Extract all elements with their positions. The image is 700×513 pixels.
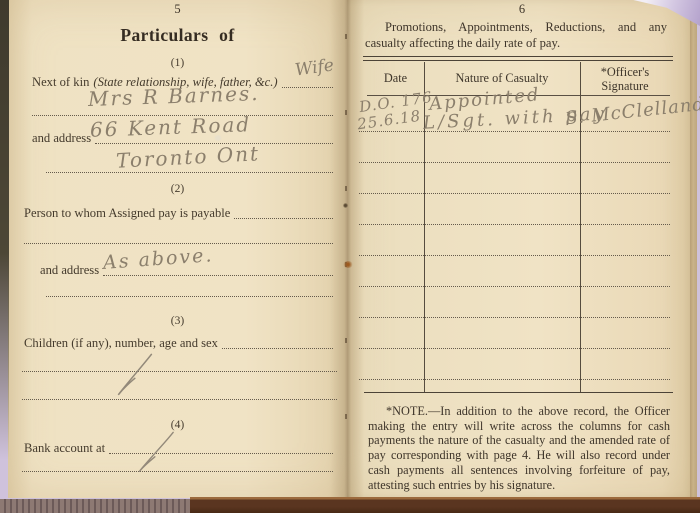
bank-account-label: Bank account at — [24, 441, 105, 456]
dotted-writing-line — [46, 171, 333, 173]
ink-speck — [343, 203, 348, 208]
dotted-leader — [282, 86, 333, 88]
dotted-leader — [222, 347, 333, 349]
page-edge-crease — [690, 0, 693, 498]
dotted-writing-line — [22, 398, 337, 400]
pen-tick-mark — [110, 350, 156, 402]
field-children: Children (if any), number, age and sex — [24, 336, 333, 351]
dotted-writing-line — [24, 242, 333, 244]
field-assigned-pay: Person to whom Assigned pay is payable — [24, 206, 333, 221]
section-2-number: (2) — [8, 183, 347, 195]
handwriting-next-of-kin-name: Mrs R Barnes. — [88, 81, 260, 111]
column-header-nature: Nature of Casualty — [424, 71, 580, 85]
address-label: and address — [32, 131, 91, 146]
table-row-line — [359, 285, 670, 287]
table-row-line — [359, 223, 670, 225]
cover-leather-edge — [190, 497, 700, 513]
table-row-line — [359, 316, 670, 318]
scanned-paybook-photo: 5 Particulars of (1) Next of kin (State … — [0, 0, 700, 513]
dotted-leader — [234, 217, 333, 219]
column-header-date: Date — [367, 71, 424, 85]
table-row-line — [359, 130, 670, 132]
cover-fabric-texture — [0, 499, 190, 513]
page-number-right: 6 — [347, 2, 697, 17]
table-bottom-rule — [364, 392, 673, 393]
handwriting-officer-signature: S. McClelland — [564, 94, 700, 130]
table-row-line — [359, 161, 670, 163]
table-row-line — [359, 347, 670, 349]
address-label: and address — [40, 263, 99, 278]
double-rule — [363, 56, 673, 61]
column-header-signature: *Officer's Signature — [580, 65, 670, 93]
promotions-heading: Promotions, Appointments, Reductions, an… — [365, 20, 667, 51]
cover-edge-left — [0, 0, 9, 460]
page-title: Particulars of — [8, 25, 347, 46]
book-cover-bottom — [0, 497, 700, 513]
pen-tick-mark — [128, 428, 180, 476]
dotted-leader — [103, 274, 333, 276]
assigned-pay-label: Person to whom Assigned pay is payable — [24, 206, 230, 221]
children-label: Children (if any), number, age and sex — [24, 336, 218, 351]
column-divider — [424, 62, 425, 392]
table-row-line — [359, 254, 670, 256]
rust-stain — [343, 261, 353, 268]
page-left: 5 Particulars of (1) Next of kin (State … — [8, 0, 347, 498]
dotted-writing-line — [22, 370, 337, 372]
casualty-table: Date Nature of Casualty *Officer's Signa… — [367, 62, 670, 392]
page-right: 6 Promotions, Appointments, Reductions, … — [347, 0, 697, 498]
page-number-left: 5 — [8, 2, 347, 17]
table-row-line — [359, 378, 670, 380]
binding-stitches — [345, 34, 347, 470]
dotted-writing-line — [46, 295, 333, 297]
book-gutter-shadow — [330, 0, 364, 498]
next-of-kin-label: Next of kin — [32, 75, 89, 90]
footnote: *NOTE.—In addition to the above record, … — [368, 404, 670, 492]
paper-blemish — [214, 135, 222, 141]
table-row-line — [359, 192, 670, 194]
section-3-number: (3) — [8, 315, 347, 327]
